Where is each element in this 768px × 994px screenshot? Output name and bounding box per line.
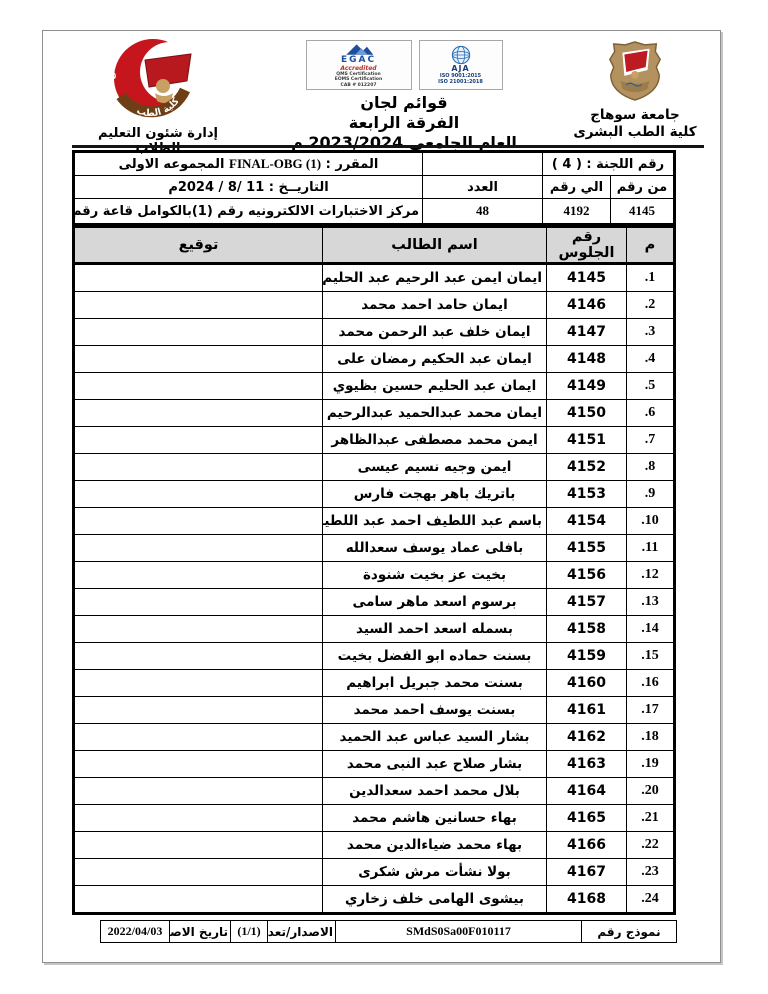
header-student-name: اسم الطالب	[323, 227, 547, 264]
signature-cell	[74, 589, 323, 616]
signature-cell	[74, 832, 323, 859]
row-index: 23.	[627, 859, 675, 886]
exam-info-table: رقم اللجنة : ( 4 ) المقرر : FINAL-OBG (1…	[72, 150, 676, 226]
table-row: من رقم الي رقم العدد التاريــخ : 11 /8 /…	[74, 176, 675, 199]
row-index: 4.	[627, 346, 675, 373]
student-name: بولا نشأت مرش شكرى	[323, 859, 547, 886]
signature-cell	[74, 751, 323, 778]
issue-date-label: تاريخ الاصدار	[170, 921, 231, 943]
course-group: المجموعه الاولى	[119, 157, 225, 172]
seat-number: 4147	[547, 319, 627, 346]
egac-accreditation-badge: EGAC Accredited QMS Certification EOMS C…	[306, 40, 412, 90]
seat-number: 4161	[547, 697, 627, 724]
table-row: رقم اللجنة : ( 4 ) المقرر : FINAL-OBG (1…	[74, 152, 675, 176]
title-year-group: الفرقة الرابعة	[288, 113, 520, 133]
signature-cell	[74, 643, 323, 670]
student-name: ايمن وجيه نسيم عيسى	[323, 454, 547, 481]
seat-number: 4168	[547, 886, 627, 914]
seat-number: 4160	[547, 670, 627, 697]
row-index: 18.	[627, 724, 675, 751]
student-name: بافلى عماد يوسف سعدالله	[323, 535, 547, 562]
table-row: 9. 4153 باتريك باهر بهجت فارس	[74, 481, 675, 508]
student-name: ايمان خلف عبد الرحمن محمد	[323, 319, 547, 346]
seat-number: 4151	[547, 427, 627, 454]
student-name: برسوم اسعد ماهر سامى	[323, 589, 547, 616]
seat-number: 4150	[547, 400, 627, 427]
form-number-value: SMdS0Sa00F010117	[336, 921, 582, 943]
row-index: 17.	[627, 697, 675, 724]
seat-number: 4157	[547, 589, 627, 616]
table-row: 4145 4192 48 مركز الاختبارات الالكترونيه…	[74, 199, 675, 225]
signature-cell	[74, 697, 323, 724]
faculty-name: كلية الطب البشرى	[570, 124, 700, 141]
table-row: 10. 4154 باسم عبد اللطيف احمد عبد اللطيف	[74, 508, 675, 535]
exam-location: مركز الاختبارات الالكترونيه رقم (1)بالكو…	[74, 199, 423, 225]
student-name: ايمان عبد الحكيم رمضان على	[323, 346, 547, 373]
student-name: بيشوى الهامى خلف زخاري	[323, 886, 547, 914]
signature-cell	[74, 481, 323, 508]
student-name: بشار صلاح عبد النبى محمد	[323, 751, 547, 778]
row-index: 22.	[627, 832, 675, 859]
egac-pyramid-icon	[341, 42, 377, 56]
signature-cell	[74, 562, 323, 589]
row-index: 13.	[627, 589, 675, 616]
table-row: 2. 4146 ايمان حامد احمد محمد	[74, 292, 675, 319]
committee-number: رقم اللجنة : ( 4 )	[543, 152, 675, 176]
students-body: 1. 4145 ايمان ايمن عبد الرحيم عبد الحليم…	[74, 264, 675, 914]
aja-certification-badge: AJA ISO 9001:2015 ISO 21001:2018	[419, 40, 503, 90]
seat-number: 4155	[547, 535, 627, 562]
table-row: 5. 4149 ايمان عبد الحليم حسين بظيوي	[74, 373, 675, 400]
aja-globe-icon	[450, 45, 472, 65]
table-header-row: م رقم الجلوس اسم الطالب توقيع	[74, 227, 675, 264]
count-value: 48	[423, 199, 543, 225]
student-name: بسنت حماده ابو الفضل بخيت	[323, 643, 547, 670]
egac-name: EGAC	[341, 56, 376, 65]
certification-logos: EGAC Accredited QMS Certification EOMS C…	[288, 40, 520, 90]
table-row: نموذج رقم SMdS0Sa00F010117 الاصدار/تعديل…	[101, 921, 677, 943]
egac-cert-line: CAB # 012207	[341, 83, 377, 89]
table-row: 18. 4162 بشار السيد عباس عبد الحميد	[74, 724, 675, 751]
row-index: 12.	[627, 562, 675, 589]
row-index: 24.	[627, 886, 675, 914]
row-index: 9.	[627, 481, 675, 508]
seat-number: 4145	[547, 264, 627, 292]
table-row: 11. 4155 بافلى عماد يوسف سعدالله	[74, 535, 675, 562]
signature-cell	[74, 427, 323, 454]
seat-number: 4146	[547, 292, 627, 319]
seat-number: 4153	[547, 481, 627, 508]
row-index: 14.	[627, 616, 675, 643]
document-page: جامعة سوهاج كلية الطب إدارة شئون التعليم…	[0, 0, 768, 994]
signature-cell	[74, 886, 323, 914]
from-value: 4145	[611, 199, 675, 225]
row-index: 5.	[627, 373, 675, 400]
seat-number: 4166	[547, 832, 627, 859]
student-name: بهاء محمد ضياءالدين محمد	[323, 832, 547, 859]
student-name: ايمان حامد احمد محمد	[323, 292, 547, 319]
seat-number: 4167	[547, 859, 627, 886]
table-row: 4. 4148 ايمان عبد الحكيم رمضان على	[74, 346, 675, 373]
table-row: 13. 4157 برسوم اسعد ماهر سامى	[74, 589, 675, 616]
course-cell: المقرر : FINAL-OBG (1) المجموعه الاولى	[74, 152, 423, 176]
table-row: 24. 4168 بيشوى الهامى خلف زخاري	[74, 886, 675, 914]
student-name: ايمن محمد مصطفى عبدالظاهر	[323, 427, 547, 454]
signature-cell	[74, 400, 323, 427]
student-affairs-crescent-logo: جامعة سوهاج كلية الطب	[93, 36, 223, 120]
header-right-block: جامعة سوهاج كلية الطب البشرى	[570, 40, 700, 141]
from-label: من رقم	[611, 176, 675, 199]
table-row: 3. 4147 ايمان خلف عبد الرحمن محمد	[74, 319, 675, 346]
row-index: 1.	[627, 264, 675, 292]
table-row: 12. 4156 بخيت عز بخيت شنودة	[74, 562, 675, 589]
signature-cell	[74, 778, 323, 805]
to-label: الي رقم	[543, 176, 611, 199]
signature-cell	[74, 508, 323, 535]
signature-cell	[74, 859, 323, 886]
student-name: بسنت محمد جبريل ابراهيم	[323, 670, 547, 697]
form-number-label: نموذج رقم	[582, 921, 677, 943]
course-code: FINAL-OBG (1)	[229, 156, 321, 171]
empty-cell	[423, 152, 543, 176]
header-signature: توقيع	[74, 227, 323, 264]
signature-cell	[74, 724, 323, 751]
seat-number: 4165	[547, 805, 627, 832]
table-row: 19. 4163 بشار صلاح عبد النبى محمد	[74, 751, 675, 778]
row-index: 11.	[627, 535, 675, 562]
table-row: 6. 4150 ايمان محمد عبدالحميد عبدالرحيم	[74, 400, 675, 427]
students-table: م رقم الجلوس اسم الطالب توقيع 1. 4145 اي…	[72, 225, 676, 915]
signature-cell	[74, 373, 323, 400]
row-index: 7.	[627, 427, 675, 454]
title-lists: قوائم لجان	[288, 93, 520, 113]
row-index: 2.	[627, 292, 675, 319]
table-row: 1. 4145 ايمان ايمن عبد الرحيم عبد الحليم	[74, 264, 675, 292]
table-row: 21. 4165 بهاء حسانين هاشم محمد	[74, 805, 675, 832]
student-name: ايمان محمد عبدالحميد عبدالرحيم	[323, 400, 547, 427]
table-row: 8. 4152 ايمن وجيه نسيم عيسى	[74, 454, 675, 481]
row-index: 10.	[627, 508, 675, 535]
issue-label: الاصدار/تعديل	[268, 921, 336, 943]
row-index: 6.	[627, 400, 675, 427]
table-row: 17. 4161 بسنت يوسف احمد محمد	[74, 697, 675, 724]
header-divider	[72, 145, 704, 148]
seat-number: 4159	[547, 643, 627, 670]
student-name: ايمان ايمن عبد الرحيم عبد الحليم	[323, 264, 547, 292]
table-row: 23. 4167 بولا نشأت مرش شكرى	[74, 859, 675, 886]
form-footer-table: نموذج رقم SMdS0Sa00F010117 الاصدار/تعديل…	[100, 920, 677, 943]
seat-number: 4163	[547, 751, 627, 778]
university-name: جامعة سوهاج	[570, 107, 700, 124]
student-name: بسمله اسعد احمد السيد	[323, 616, 547, 643]
university-shield-logo	[602, 40, 668, 102]
row-index: 8.	[627, 454, 675, 481]
row-index: 3.	[627, 319, 675, 346]
table-row: 16. 4160 بسنت محمد جبريل ابراهيم	[74, 670, 675, 697]
signature-cell	[74, 670, 323, 697]
count-label: العدد	[423, 176, 543, 199]
seat-number: 4149	[547, 373, 627, 400]
seat-number: 4164	[547, 778, 627, 805]
table-row: 20. 4164 بلال محمد احمد سعدالدين	[74, 778, 675, 805]
table-row: 15. 4159 بسنت حماده ابو الفضل بخيت	[74, 643, 675, 670]
signature-cell	[74, 535, 323, 562]
to-value: 4192	[543, 199, 611, 225]
student-name: بلال محمد احمد سعدالدين	[323, 778, 547, 805]
student-name: بشار السيد عباس عبد الحميد	[323, 724, 547, 751]
header-center-block: EGAC Accredited QMS Certification EOMS C…	[288, 40, 520, 153]
header-left-block: جامعة سوهاج كلية الطب إدارة شئون التعليم…	[76, 36, 240, 156]
issue-value: (1/1)	[231, 921, 268, 943]
seat-number: 4162	[547, 724, 627, 751]
row-index: 16.	[627, 670, 675, 697]
row-index: 15.	[627, 643, 675, 670]
signature-cell	[74, 346, 323, 373]
table-row: 14. 4158 بسمله اسعد احمد السيد	[74, 616, 675, 643]
seat-number: 4152	[547, 454, 627, 481]
exam-date: التاريــخ : 11 /8 / 2024م	[74, 176, 423, 199]
document-titles: قوائم لجان الفرقة الرابعة العام الجامعي …	[288, 93, 520, 153]
issue-date-value: 2022/04/03	[101, 921, 170, 943]
student-name: باسم عبد اللطيف احمد عبد اللطيف	[323, 508, 547, 535]
course-label: المقرر :	[326, 157, 379, 172]
seat-number: 4158	[547, 616, 627, 643]
table-row: 22. 4166 بهاء محمد ضياءالدين محمد	[74, 832, 675, 859]
egac-accredited-label: Accredited	[340, 65, 376, 72]
signature-cell	[74, 805, 323, 832]
signature-cell	[74, 454, 323, 481]
header-seat-number: رقم الجلوس	[547, 227, 627, 264]
aja-name: AJA	[451, 65, 469, 73]
student-name: بهاء حسانين هاشم محمد	[323, 805, 547, 832]
table-row: 7. 4151 ايمن محمد مصطفى عبدالظاهر	[74, 427, 675, 454]
aja-iso-line: ISO 21001:2018	[438, 79, 483, 85]
student-name: بخيت عز بخيت شنودة	[323, 562, 547, 589]
student-name: ايمان عبد الحليم حسين بظيوي	[323, 373, 547, 400]
student-name: بسنت يوسف احمد محمد	[323, 697, 547, 724]
signature-cell	[74, 616, 323, 643]
row-index: 21.	[627, 805, 675, 832]
seat-number: 4148	[547, 346, 627, 373]
signature-cell	[74, 319, 323, 346]
signature-cell	[74, 292, 323, 319]
row-index: 20.	[627, 778, 675, 805]
header-index: م	[627, 227, 675, 264]
signature-cell	[74, 264, 323, 292]
student-name: باتريك باهر بهجت فارس	[323, 481, 547, 508]
seat-number: 4156	[547, 562, 627, 589]
seat-number: 4154	[547, 508, 627, 535]
row-index: 19.	[627, 751, 675, 778]
